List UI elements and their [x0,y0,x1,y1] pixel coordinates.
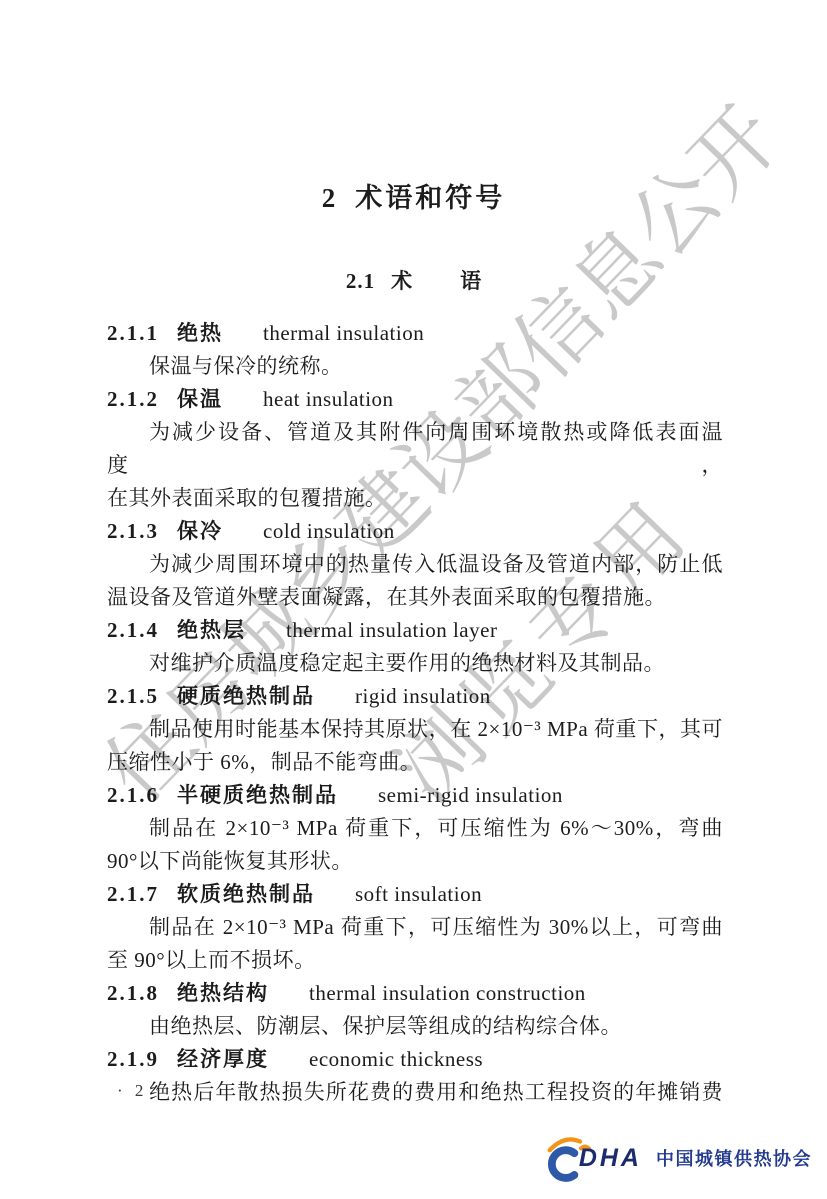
section-number: 2.1 [346,269,375,293]
definition-line: 制品使用时能基本保持其原状，在 2×10⁻³ MPa 荷重下，其可 [107,713,723,746]
term-entry: 2.1.9经济厚度economic thickness 绝热后年散热损失所花费的… [107,1043,723,1109]
term-name-en: thermal insulation [263,321,424,345]
section-title-char-2: 语 [460,269,481,293]
document-page: 住房城乡建设部信息公开 浏览专用 2术语和符号 2.1术语 2.1.1绝热the… [0,0,827,1199]
term-name-cn: 绝热结构 [177,982,269,1005]
term-number: 2.1.6 [107,783,159,807]
term-name-en: economic thickness [309,1047,483,1071]
definition-line: 90°以下尚能恢复其形状。 [107,845,723,878]
chapter-title-text: 术语和符号 [355,183,505,213]
definition-line: 由绝热层、防潮层、保护层等组成的结构综合体。 [107,1010,723,1043]
term-heading: 2.1.3保冷cold insulation [107,515,723,548]
term-number: 2.1.7 [107,882,159,906]
term-number: 2.1.9 [107,1047,159,1071]
definition-line: 压缩性小于 6%，制品不能弯曲。 [107,746,723,779]
term-heading: 2.1.7软质绝热制品soft insulation [107,878,723,911]
term-name-cn: 硬质绝热制品 [177,685,315,708]
logo-abbr-text: DHA [579,1144,642,1173]
definition-line: 温设备及管道外壁表面凝露，在其外表面采取的包覆措施。 [107,581,723,614]
definition-line: 保温与保冷的统称。 [107,350,723,383]
definition-line: 制品在 2×10⁻³ MPa 荷重下，可压缩性为 6%～30%，弯曲 [107,812,723,845]
term-name-en: thermal insulation layer [286,618,497,642]
term-entry: 2.1.3保冷cold insulation 为减少周围环境中的热量传入低温设备… [107,515,723,614]
term-number: 2.1.2 [107,387,159,411]
definition-line: 绝热后年散热损失所花费的费用和绝热工程投资的年摊销费 [107,1076,723,1109]
term-name-cn: 保冷 [177,520,223,543]
term-name-en: soft insulation [355,882,482,906]
term-entry: 2.1.6半硬质绝热制品semi-rigid insulation 制品在 2×… [107,779,723,878]
term-name-cn: 经济厚度 [177,1048,269,1071]
term-number: 2.1.8 [107,981,159,1005]
terms-list: 2.1.1绝热thermal insulation 保温与保冷的统称。 2.1.… [107,317,723,1109]
term-name-en: cold insulation [263,519,395,543]
term-number: 2.1.1 [107,321,159,345]
term-heading: 2.1.1绝热thermal insulation [107,317,723,350]
term-name-cn: 半硬质绝热制品 [177,784,338,807]
chapter-title: 2术语和符号 [0,182,827,214]
term-heading: 2.1.4绝热层thermal insulation layer [107,614,723,647]
definition-line: 为减少设备、管道及其附件向周围环境散热或降低表面温度， [107,416,723,482]
page-number: · 2 · [117,1080,165,1102]
term-number: 2.1.5 [107,684,159,708]
term-name-cn: 绝热 [177,322,223,345]
term-entry: 2.1.5硬质绝热制品rigid insulation 制品使用时能基本保持其原… [107,680,723,779]
association-logo: DHA 中国城镇供热协会 [541,1130,812,1186]
term-name-cn: 软质绝热制品 [177,883,315,906]
term-heading: 2.1.9经济厚度economic thickness [107,1043,723,1076]
term-name-en: heat insulation [263,387,394,411]
term-heading: 2.1.2保温heat insulation [107,383,723,416]
section-title-char-1: 术 [391,269,412,293]
definition-line: 在其外表面采取的包覆措施。 [107,482,723,515]
term-name-en: rigid insulation [355,684,491,708]
term-name-cn: 绝热层 [177,619,246,642]
definition-line: 至 90°以上而不损坏。 [107,944,723,977]
term-name-en: thermal insulation construction [309,981,586,1005]
chapter-number: 2 [322,183,336,213]
term-heading: 2.1.6半硬质绝热制品semi-rigid insulation [107,779,723,812]
term-number: 2.1.4 [107,618,159,642]
term-entry: 2.1.8绝热结构thermal insulation construction… [107,977,723,1043]
definition-line: 制品在 2×10⁻³ MPa 荷重下，可压缩性为 30%以上，可弯曲 [107,911,723,944]
term-entry: 2.1.1绝热thermal insulation 保温与保冷的统称。 [107,317,723,383]
term-entry: 2.1.4绝热层thermal insulation layer 对维护介质温度… [107,614,723,680]
term-name-cn: 保温 [177,388,223,411]
term-entry: 2.1.7软质绝热制品soft insulation 制品在 2×10⁻³ MP… [107,878,723,977]
term-name-en: semi-rigid insulation [378,783,563,807]
section-heading: 2.1术语 [0,268,827,294]
logo-name-cn: 中国城镇供热协会 [656,1145,812,1171]
term-heading: 2.1.8绝热结构thermal insulation construction [107,977,723,1010]
definition-line: 为减少周围环境中的热量传入低温设备及管道内部，防止低 [107,548,723,581]
term-entry: 2.1.2保温heat insulation 为减少设备、管道及其附件向周围环境… [107,383,723,515]
definition-line: 对维护介质温度稳定起主要作用的绝热材料及其制品。 [107,647,723,680]
term-heading: 2.1.5硬质绝热制品rigid insulation [107,680,723,713]
term-number: 2.1.3 [107,519,159,543]
